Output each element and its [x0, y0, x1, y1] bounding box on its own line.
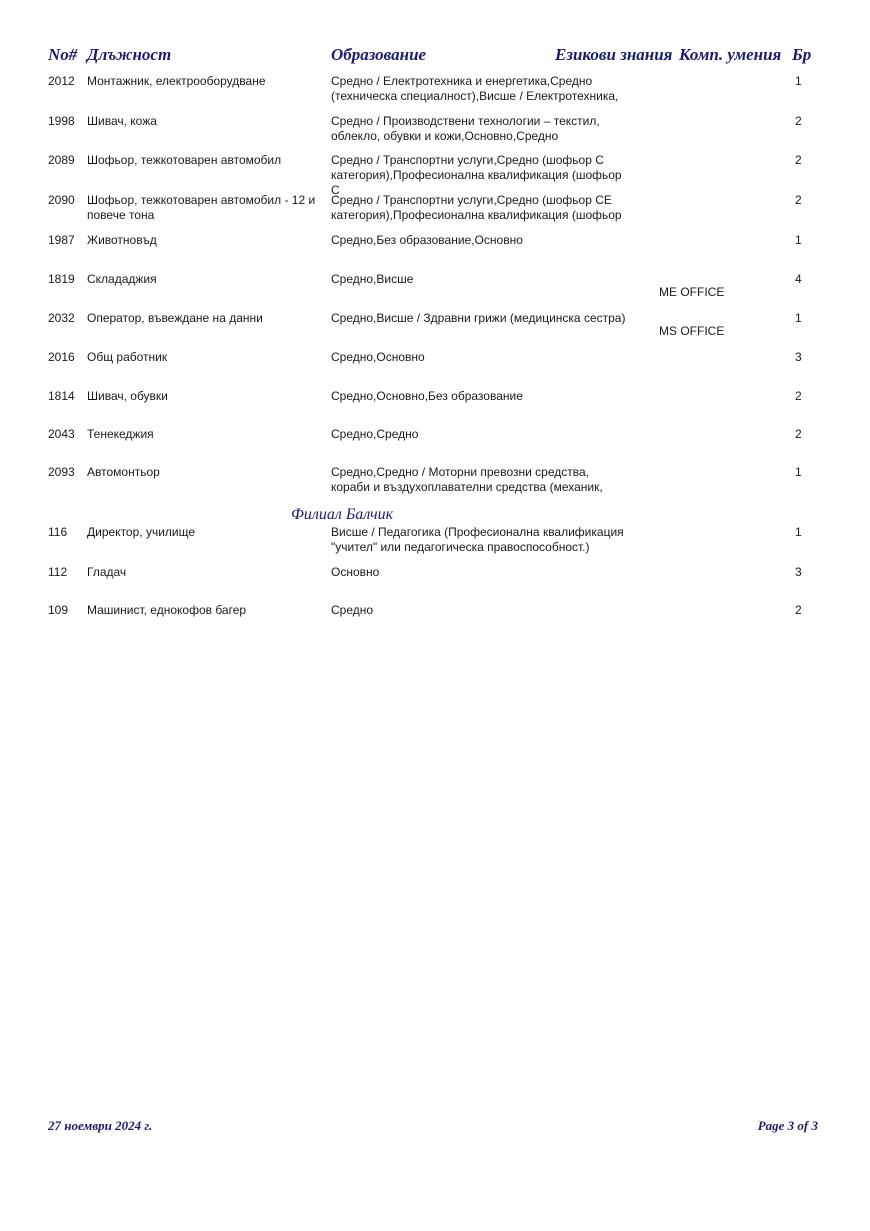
education: Средно / Транспортни услуги,Средно (шофь… [331, 153, 631, 198]
position-name: Гладач [87, 565, 322, 580]
count: 4 [795, 272, 802, 287]
computer-skills: MS OFFICE [659, 324, 724, 339]
count: 2 [795, 389, 802, 404]
education: Средно [331, 603, 631, 618]
position-name: Тенекеджия [87, 427, 322, 442]
header-count: Бр [792, 45, 811, 65]
footer-page-number: Page 3 of 3 [758, 1118, 818, 1134]
education: Висше / Педагогика (Професионална квалиф… [331, 525, 631, 555]
position-name: Директор, училище [87, 525, 322, 540]
position-name: Шивач, обувки [87, 389, 322, 404]
header-position: Длъжност [87, 45, 171, 65]
header-languages: Езикови знания [555, 45, 672, 65]
position-name: Животновъд [87, 233, 322, 248]
position-name: Автомонтьор [87, 465, 322, 480]
count: 3 [795, 350, 802, 365]
education: Средно,Без образование,Основно [331, 233, 631, 248]
footer-date: 27 ноември 2024 г. [48, 1118, 152, 1134]
position-name: Шофьор, тежкотоварен автомобил [87, 153, 322, 168]
row-number: 1998 [48, 114, 75, 129]
row-number: 1819 [48, 272, 75, 287]
header-no: No# [48, 45, 77, 65]
row-number: 1987 [48, 233, 75, 248]
row-number: 2043 [48, 427, 75, 442]
row-number: 116 [48, 525, 67, 540]
education: Средно,Висше / Здравни грижи (медицинска… [331, 311, 631, 326]
education: Средно,Основно [331, 350, 631, 365]
education: Средно,Висше [331, 272, 631, 287]
row-number: 2012 [48, 74, 75, 89]
row-number: 2032 [48, 311, 75, 326]
count: 1 [795, 525, 802, 540]
education: Средно / Електротехника и енергетика,Сре… [331, 74, 631, 104]
count: 1 [795, 465, 802, 480]
count: 2 [795, 114, 802, 129]
row-number: 2016 [48, 350, 75, 365]
education: Средно / Производствени технологии – тек… [331, 114, 631, 144]
header-education: Образование [331, 45, 426, 65]
count: 2 [795, 193, 802, 208]
section-title: Филиал Балчик [291, 506, 393, 524]
computer-skills: ME OFFICE [659, 285, 724, 300]
row-number: 2089 [48, 153, 75, 168]
count: 2 [795, 427, 802, 442]
count: 1 [795, 311, 802, 326]
position-name: Монтажник, електрооборудване [87, 74, 322, 89]
row-number: 112 [48, 565, 67, 580]
count: 2 [795, 603, 802, 618]
education: Средно,Средно [331, 427, 631, 442]
education: Средно,Основно,Без образование [331, 389, 631, 404]
position-name: Шивач, кожа [87, 114, 322, 129]
count: 1 [795, 233, 802, 248]
position-name: Оператор, въвеждане на данни [87, 311, 322, 326]
row-number: 109 [48, 603, 68, 618]
education: Средно / Транспортни услуги,Средно (шофь… [331, 193, 631, 223]
education: Основно [331, 565, 631, 580]
row-number: 2093 [48, 465, 75, 480]
count: 2 [795, 153, 802, 168]
position-name: Склададжия [87, 272, 322, 287]
position-name: Шофьор, тежкотоварен автомобил - 12 и по… [87, 193, 322, 223]
education: Средно,Средно / Моторни превозни средств… [331, 465, 631, 495]
header-computer-skills: Комп. умения [679, 45, 781, 65]
position-name: Общ работник [87, 350, 322, 365]
count: 1 [795, 74, 802, 89]
position-name: Машинист, еднокофов багер [87, 603, 322, 618]
row-number: 2090 [48, 193, 75, 208]
row-number: 1814 [48, 389, 75, 404]
count: 3 [795, 565, 802, 580]
